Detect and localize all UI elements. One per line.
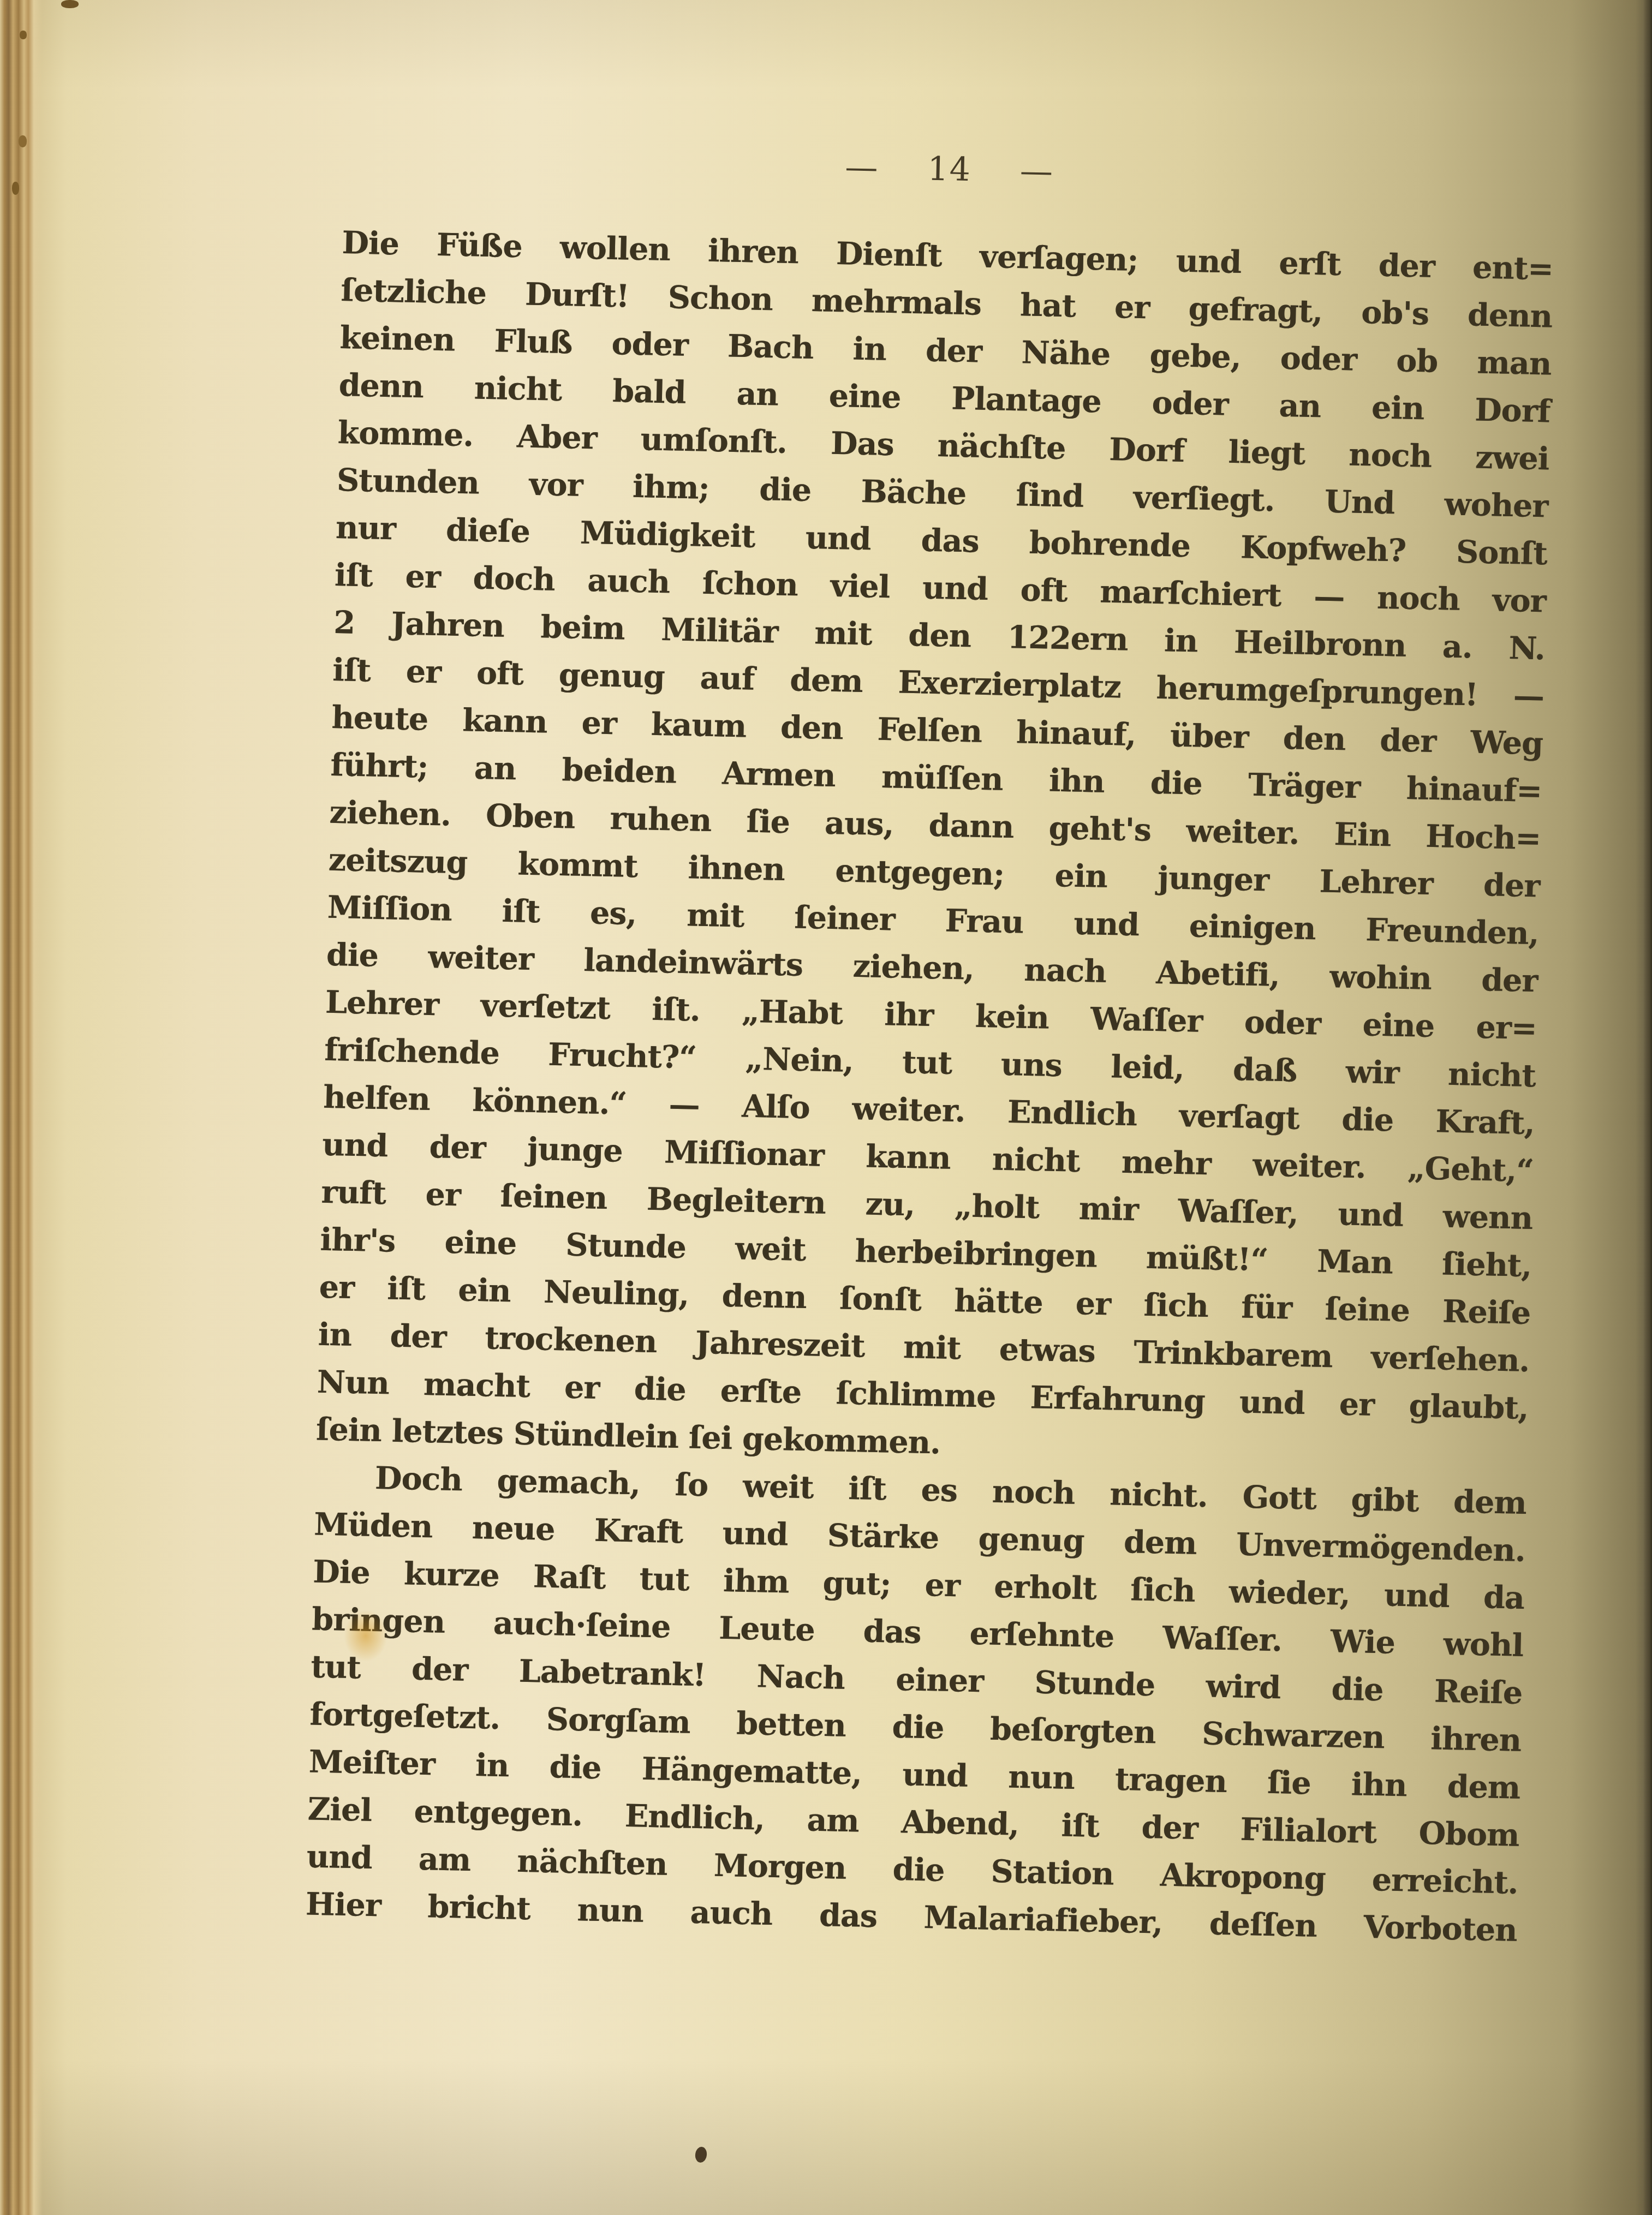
page-right-edge: [1643, 0, 1652, 2215]
paper-stain: [344, 1610, 387, 1662]
paper-speck: [12, 182, 19, 195]
page-content: — 14 — Die Füße wollen ihren Dienſt verſ…: [305, 123, 1556, 1954]
paper-speck: [19, 135, 27, 147]
body-text: Die Füße wollen ihren Dienſt verſagen; u…: [305, 219, 1554, 1954]
book-binding-edge: [0, 0, 43, 2215]
paper-speck: [61, 0, 79, 8]
ink-dot: [694, 2146, 708, 2164]
paper-speck: [20, 31, 27, 39]
